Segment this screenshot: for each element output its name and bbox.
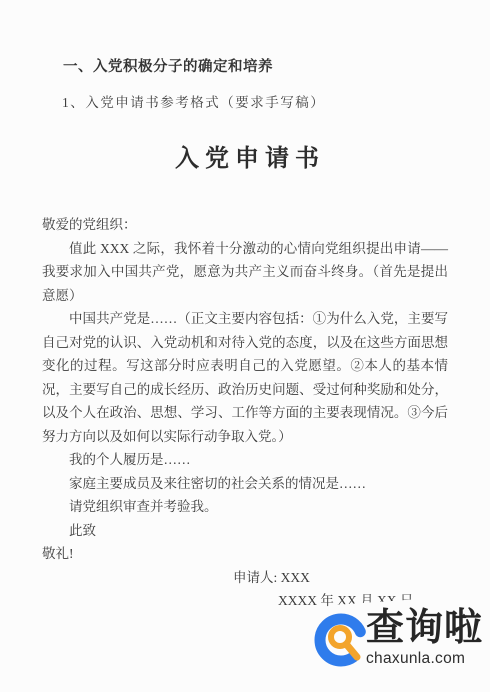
body-paragraph: 我的个人履历是…… <box>42 448 448 472</box>
watermark-logo: 查询啦 chaxunla.com <box>314 606 483 669</box>
body-paragraph: 此致 <box>42 519 448 543</box>
body-paragraph: 家庭主要成员及来往密切的社会关系的情况是…… <box>42 472 448 496</box>
brand-domain: chaxunla.com <box>366 650 483 667</box>
document-page: 一、入党积极分子的确定和培养 1、入党申请书参考格式（要求手写稿） 入党申请书 … <box>0 0 490 692</box>
section-heading: 一、入党积极分子的确定和培养 <box>63 0 490 76</box>
applicant-line: 申请人: XXX <box>42 566 448 590</box>
brand-name: 查询啦 <box>366 606 483 650</box>
letter-body: 敬爱的党组织：值此 XXX 之际，我怀着十分激动的心情向党组织提出申请——我要求… <box>42 213 448 613</box>
watermark-text: 查询啦 chaxunla.com <box>366 606 483 667</box>
document-title: 入党申请书 <box>0 138 490 173</box>
body-paragraph: 请党组织审查并考验我。 <box>42 495 448 519</box>
body-paragraph: 中国共产党是……（正文主要内容包括：①为什么入党，主要写自己对党的认识、入党动机… <box>42 307 448 448</box>
magnifier-logo-icon <box>314 611 372 669</box>
sub-heading: 1、入党申请书参考格式（要求手写稿） <box>62 91 490 111</box>
body-paragraph: 敬礼! <box>42 542 448 566</box>
body-paragraph: 敬爱的党组织： <box>42 213 448 237</box>
body-paragraph: 值此 XXX 之际，我怀着十分激动的心情向党组织提出申请——我要求加入中国共产党… <box>42 237 448 308</box>
letter-paragraphs: 敬爱的党组织：值此 XXX 之际，我怀着十分激动的心情向党组织提出申请——我要求… <box>42 213 448 566</box>
